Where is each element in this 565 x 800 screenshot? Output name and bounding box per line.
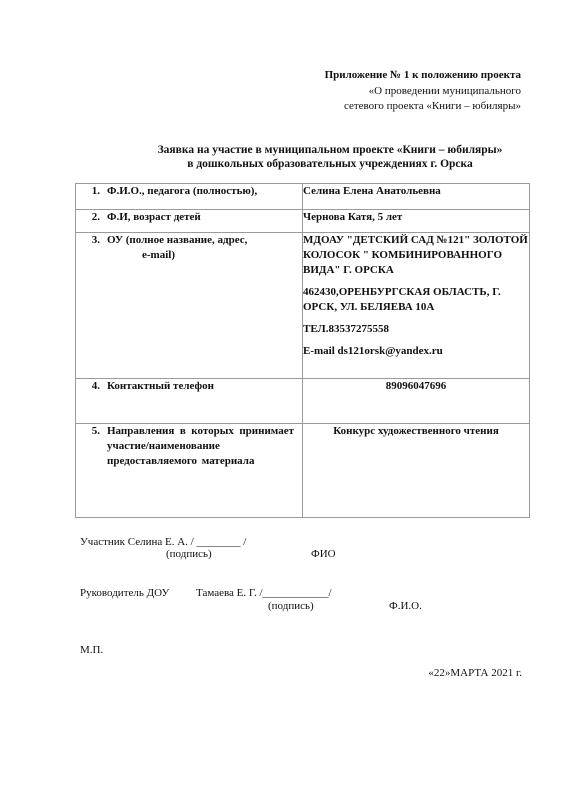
row5-label-cell: 5. Направления в которых принимает участ… [76,424,303,518]
row-value: Чернова Катя, 5 лет [303,211,402,223]
row-label: ОУ (полное название, адрес, [107,234,247,246]
participant-name-caption: ФИО [311,547,336,561]
table-row: 5. Направления в которых принимает участ… [76,424,530,518]
participant-sign-caption: (подпись) [166,547,212,561]
row3-label-cell: 3.ОУ (полное название, адрес, e-mail) [76,233,303,379]
row-label: Ф.И.О., педагога (полностью), [107,185,257,197]
row2-value-cell: Чернова Катя, 5 лет [303,210,530,233]
document-date: «22»МАРТА 2021 г. [428,666,522,680]
form-title: Заявка на участие в муниципальном проект… [140,143,520,171]
row-label: Ф.И, возраст детей [107,211,201,223]
director-label: Руководитель ДОУ [80,586,169,600]
row4-label-cell: 4.Контактный телефон [76,379,303,424]
row-value: Конкурс художественного чтения [333,425,499,437]
appendix-line2: «О проведении муниципального [369,84,521,99]
form-title-line2: в дошкольных образовательных учреждениях… [140,157,520,171]
table-row: 4.Контактный телефон 89096047696 [76,379,530,424]
director-sign-caption: (подпись) [268,599,314,613]
row5-value-cell: Конкурс художественного чтения [303,424,530,518]
row4-value-cell: 89096047696 [303,379,530,424]
row-number: 1. [76,184,100,199]
director-signature-line: Тамаева Е. Г. /____________/ [196,586,332,600]
appendix-line3: сетевого проекта «Книги – юбиляры» [344,99,521,114]
row-number: 4. [76,379,100,394]
row-value: 89096047696 [386,380,447,392]
participant-signature-line: Участник Селина Е. А. / ________ / [80,535,246,549]
table-row: 2.Ф.И, возраст детей Чернова Катя, 5 лет [76,210,530,233]
table-row: 3.ОУ (полное название, адрес, e-mail) МД… [76,233,530,379]
row-number: 2. [76,210,100,225]
row3-value-cell: МДОАУ "ДЕТСКИЙ САД №121" ЗОЛОТОЙ КОЛОСОК… [303,233,530,379]
form-title-line1: Заявка на участие в муниципальном проект… [140,143,520,157]
row2-label-cell: 2.Ф.И, возраст детей [76,210,303,233]
row-value: Селина Елена Анатольевна [303,185,441,197]
row-label: Контактный телефон [107,380,214,392]
table-row: 1.Ф.И.О., педагога (полностью), Селина Е… [76,184,530,210]
org-name: МДОАУ "ДЕТСКИЙ САД №121" ЗОЛОТОЙ КОЛОСОК… [303,233,529,278]
director-name-caption: Ф.И.О. [389,599,422,613]
stamp-placeholder: М.П. [80,643,103,657]
row1-label-cell: 1.Ф.И.О., педагога (полностью), [76,184,303,210]
row1-value-cell: Селина Елена Анатольевна [303,184,530,210]
org-phone: ТЕЛ.83537275558 [303,322,529,337]
row-label: Направления в которых принимает участие/… [107,424,294,469]
org-email: E-mail ds121orsk@yandex.ru [303,344,529,359]
row-label-cont: e-mail) [76,248,302,263]
application-table: 1.Ф.И.О., педагога (полностью), Селина Е… [75,183,530,518]
org-address: 462430,ОРЕНБУРГСКАЯ ОБЛАСТЬ, Г. ОРСК, УЛ… [303,285,529,315]
row-number: 5. [76,424,100,469]
row-number: 3. [76,233,100,248]
appendix-title: Приложение № 1 к положению проекта [325,68,521,83]
